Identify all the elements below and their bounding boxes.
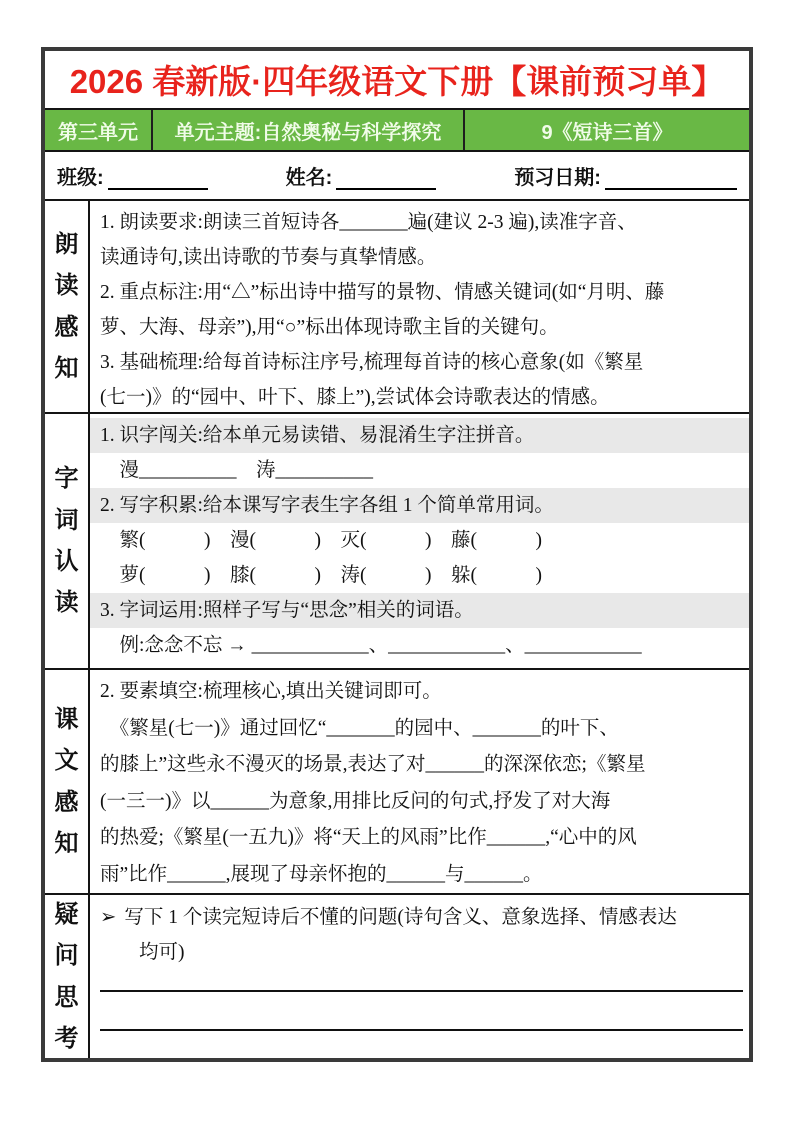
lesson-title: 9《短诗三首》 — [465, 110, 749, 150]
content-line: 雨”比作______,展现了母亲怀抱的______与______。 — [100, 857, 741, 894]
worksheet-sheet: 2026 春新版·四年级语文下册【课前预习单】 第三单元 单元主题:自然奥秘与科… — [41, 47, 753, 1062]
title-row: 2026 春新版·四年级语文下册【课前预习单】 — [45, 51, 749, 110]
answer-line — [100, 1031, 743, 1058]
date-label: 预习日期: — [514, 161, 601, 190]
arrow-bullet-icon: ➢ — [100, 905, 116, 928]
word-blanks-line: 繁( ) 漫( ) 灭( ) 藤( ) — [100, 523, 741, 558]
content-line: 的膝上”这些永不漫灭的场景,表达了对______的深深依恋;《繁星 — [100, 747, 741, 784]
section-label: 朗读感知 — [45, 201, 90, 412]
section-words: 字词认读 1. 识字闯关:给本单元易读错、易混淆生字注拼音。 漫________… — [45, 414, 749, 670]
name-field: 姓名: — [286, 161, 437, 190]
sections-table: 朗读感知 1. 朗读要求:朗读三首短诗各_______遍(建议 2-3 遍),读… — [45, 201, 749, 1058]
worksheet-page: { "page": { "title": "2026 春新版·四年级语文下册【课… — [0, 0, 793, 1122]
question-prompt-text: 均可) — [139, 942, 185, 963]
section-label: 课文感知 — [45, 670, 90, 893]
content-line: 1. 朗读要求:朗读三首短诗各_______遍(建议 2-3 遍),读准字音、 — [100, 205, 741, 240]
unit-number: 第三单元 — [45, 110, 153, 150]
section-reading: 朗读感知 1. 朗读要求:朗读三首短诗各_______遍(建议 2-3 遍),读… — [45, 201, 749, 414]
pinyin-blanks-line: 漫__________ 涛__________ — [100, 453, 741, 488]
section-label: 字词认读 — [45, 414, 90, 668]
content-line: (一三一)》以______为意象,用排比反问的句式,抒发了对大海 — [100, 784, 741, 821]
unit-bar: 第三单元 单元主题:自然奥秘与科学探究 9《短诗三首》 — [45, 110, 749, 152]
class-blank — [108, 164, 208, 190]
content-line: 的热爱;《繁星(一五九)》将“天上的风雨”比作______,“心中的风 — [100, 820, 741, 857]
section-content: 1. 朗读要求:朗读三首短诗各_______遍(建议 2-3 遍),读准字音、 … — [90, 201, 749, 412]
info-row: 班级: 姓名: 预习日期: — [45, 152, 749, 201]
section-label: 疑问思考 — [45, 895, 90, 1058]
content-line: 3. 基础梳理:给每首诗标注序号,梳理每首诗的核心意象(如《繁星 — [100, 345, 741, 380]
unit-theme: 单元主题:自然奥秘与科学探究 — [153, 110, 465, 150]
section-content: 2. 要素填空:梳理核心,填出关键词即可。 《繁星(七一)》通过回忆“_____… — [90, 670, 749, 893]
word-blanks-line: 萝( ) 膝( ) 涛( ) 躲( ) — [100, 558, 741, 593]
question-prompt-line: 均可) — [100, 935, 741, 970]
content-line: 萝、大海、母亲”),用“○”标出体现诗歌主旨的关键句。 — [100, 310, 741, 345]
content-line-highlighted: 1. 识字闯关:给本单元易读错、易混淆生字注拼音。 — [90, 418, 749, 453]
section-comprehension: 课文感知 2. 要素填空:梳理核心,填出关键词即可。 《繁星(七一)》通过回忆“… — [45, 670, 749, 895]
name-label: 姓名: — [286, 161, 333, 190]
section-content: ➢写下 1 个读完短诗后不懂的问题(诗句含义、意象选择、情感表达 均可) — [90, 895, 749, 1058]
question-prompt-line: ➢写下 1 个读完短诗后不懂的问题(诗句含义、意象选择、情感表达 — [100, 899, 741, 935]
content-line: 2. 重点标注:用“△”标出诗中描写的景物、情感关键词(如“月明、藤 — [100, 275, 741, 310]
class-label: 班级: — [57, 161, 104, 190]
section-content: 1. 识字闯关:给本单元易读错、易混淆生字注拼音。 漫__________ 涛_… — [90, 414, 749, 668]
question-prompt-text: 写下 1 个读完短诗后不懂的问题(诗句含义、意象选择、情感表达 — [124, 907, 677, 928]
content-line: 2. 要素填空:梳理核心,填出关键词即可。 — [100, 674, 741, 711]
section-questions: 疑问思考 ➢写下 1 个读完短诗后不懂的问题(诗句含义、意象选择、情感表达 均可… — [45, 895, 749, 1058]
date-field: 预习日期: — [514, 161, 737, 190]
class-field: 班级: — [57, 161, 208, 190]
content-line-highlighted: 2. 写字积累:给本课写字表生字各组 1 个简单常用词。 — [90, 488, 749, 523]
page-title: 2026 春新版·四年级语文下册【课前预习单】 — [70, 56, 725, 103]
content-line: 《繁星(七一)》通过回忆“_______的园中、_______的叶下、 — [100, 711, 741, 748]
content-line: 读通诗句,读出诗歌的节奏与真挚情感。 — [100, 240, 741, 275]
answer-line — [100, 992, 743, 1031]
answer-line — [100, 970, 743, 992]
date-blank — [605, 164, 737, 190]
content-line: (七一)》的“园中、叶下、膝上”),尝试体会诗歌表达的情感。 — [100, 380, 741, 412]
name-blank — [336, 164, 436, 190]
content-line-highlighted: 3. 字词运用:照样子写与“思念”相关的词语。 — [90, 593, 749, 628]
example-blanks-line: 例:念念不忘 → ____________、____________、_____… — [100, 628, 741, 663]
